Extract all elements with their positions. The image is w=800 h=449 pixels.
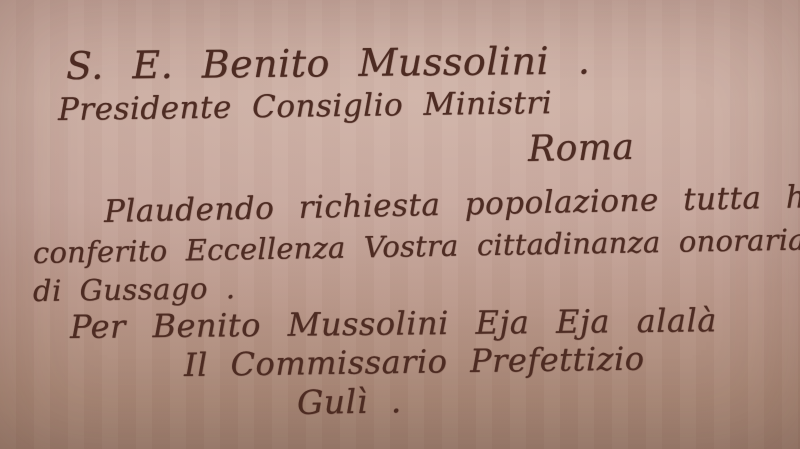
handwritten-line-recipient-title: Presidente Consiglio Ministri	[58, 85, 553, 128]
handwritten-line-signature-name: Gulì .	[297, 381, 402, 422]
handwritten-line-signature-title: Il Commissario Prefettizio	[184, 340, 645, 384]
handwritten-line-city: Roma	[528, 127, 635, 170]
document-photo: S. E. Benito Mussolini . Presidente Cons…	[0, 0, 800, 449]
handwritten-line-body-2: conferito Eccellenza Vostra cittadinanza…	[33, 223, 800, 270]
handwritten-line-recipient-name: S. E. Benito Mussolini .	[66, 39, 591, 88]
handwritten-line-body-3: di Gussago .	[33, 271, 236, 308]
handwritten-line-body-1: Plaudendo richiesta popolazione tutta ho	[104, 179, 800, 230]
